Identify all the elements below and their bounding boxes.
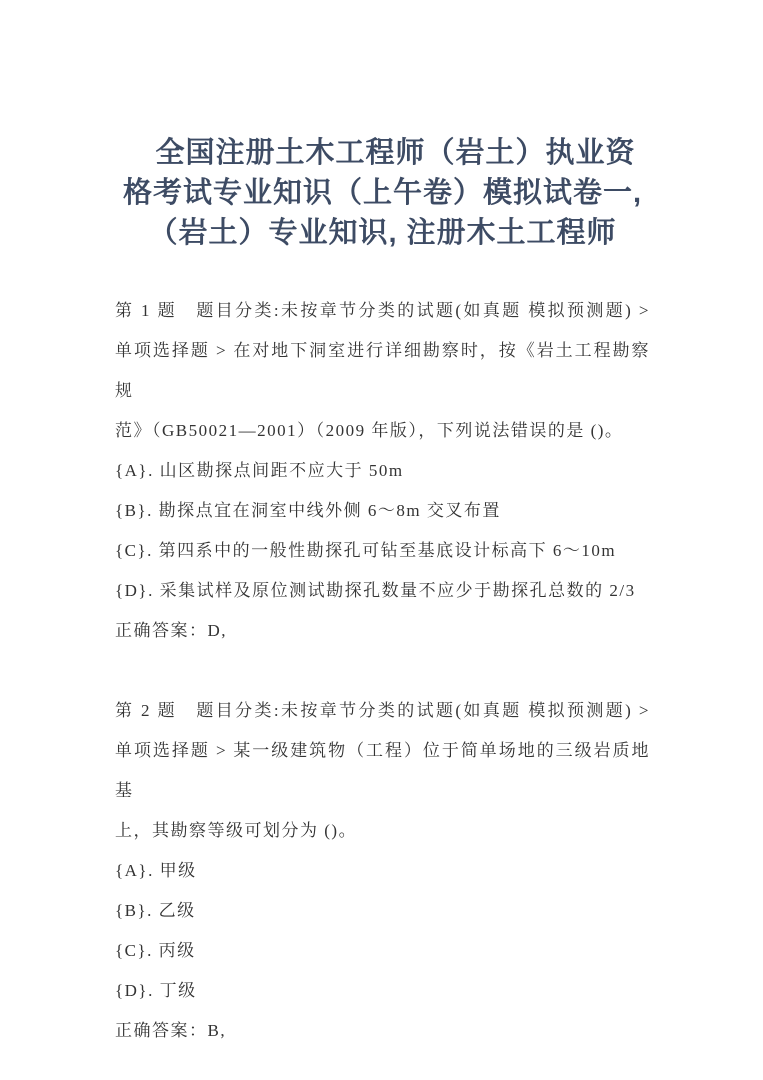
document-page: 全国注册土木工程师（岩土）执业资 格考试专业知识（上午卷）模拟试卷一, （岩土）… — [0, 0, 763, 1080]
question-1-answer: 正确答案：D, — [115, 611, 650, 651]
question-1-option-d: {D}. 采集试样及原位测试勘探孔数量不应少于勘探孔总数的 2/3 — [115, 571, 650, 611]
question-2-option-d: {D}. 丁级 — [115, 971, 650, 1011]
question-block-1: 第 1 题 题目分类:未按章节分类的试题(如真题 模拟预测题) > 单项选择题 … — [115, 291, 650, 651]
stem-line: 上，其勘察等级可划分为 ()。 — [115, 811, 650, 851]
question-block-2: 第 2 题 题目分类:未按章节分类的试题(如真题 模拟预测题) > 单项选择题 … — [115, 691, 650, 1051]
question-2-option-b: {B}. 乙级 — [115, 891, 650, 931]
question-2-option-c: {C}. 丙级 — [115, 931, 650, 971]
title-line-3: （岩土）专业知识, 注册木土工程师 — [105, 213, 660, 253]
stem-line: 第 2 题 题目分类:未按章节分类的试题(如真题 模拟预测题) > — [115, 691, 650, 731]
question-2-option-a: {A}. 甲级 — [115, 851, 650, 891]
title-line-2: 格考试专业知识（上午卷）模拟试卷一, — [105, 173, 660, 213]
question-list: 第 1 题 题目分类:未按章节分类的试题(如真题 模拟预测题) > 单项选择题 … — [115, 291, 650, 1051]
stem-line: 单项选择题 > 某一级建筑物（工程）位于简单场地的三级岩质地基 — [115, 731, 650, 811]
stem-line: 单项选择题 > 在对地下洞室进行详细勘察时，按《岩土工程勘察规 — [115, 331, 650, 411]
question-1-stem: 第 1 题 题目分类:未按章节分类的试题(如真题 模拟预测题) > 单项选择题 … — [115, 291, 650, 451]
question-1-option-c: {C}. 第四系中的一般性勘探孔可钻至基底设计标高下 6～10m — [115, 531, 650, 571]
question-2-stem: 第 2 题 题目分类:未按章节分类的试题(如真题 模拟预测题) > 单项选择题 … — [115, 691, 650, 851]
question-1-option-b: {B}. 勘探点宜在洞室中线外侧 6～8m 交叉布置 — [115, 491, 650, 531]
question-1-option-a: {A}. 山区勘探点间距不应大于 50m — [115, 451, 650, 491]
stem-line: 范》（GB50021—2001）（2009 年版），下列说法错误的是 ()。 — [115, 411, 650, 451]
question-2-answer: 正确答案：B, — [115, 1011, 650, 1051]
stem-line: 第 1 题 题目分类:未按章节分类的试题(如真题 模拟预测题) > — [115, 291, 650, 331]
page-title: 全国注册土木工程师（岩土）执业资 格考试专业知识（上午卷）模拟试卷一, （岩土）… — [105, 133, 660, 253]
title-line-1: 全国注册土木工程师（岩土）执业资 — [105, 133, 660, 173]
